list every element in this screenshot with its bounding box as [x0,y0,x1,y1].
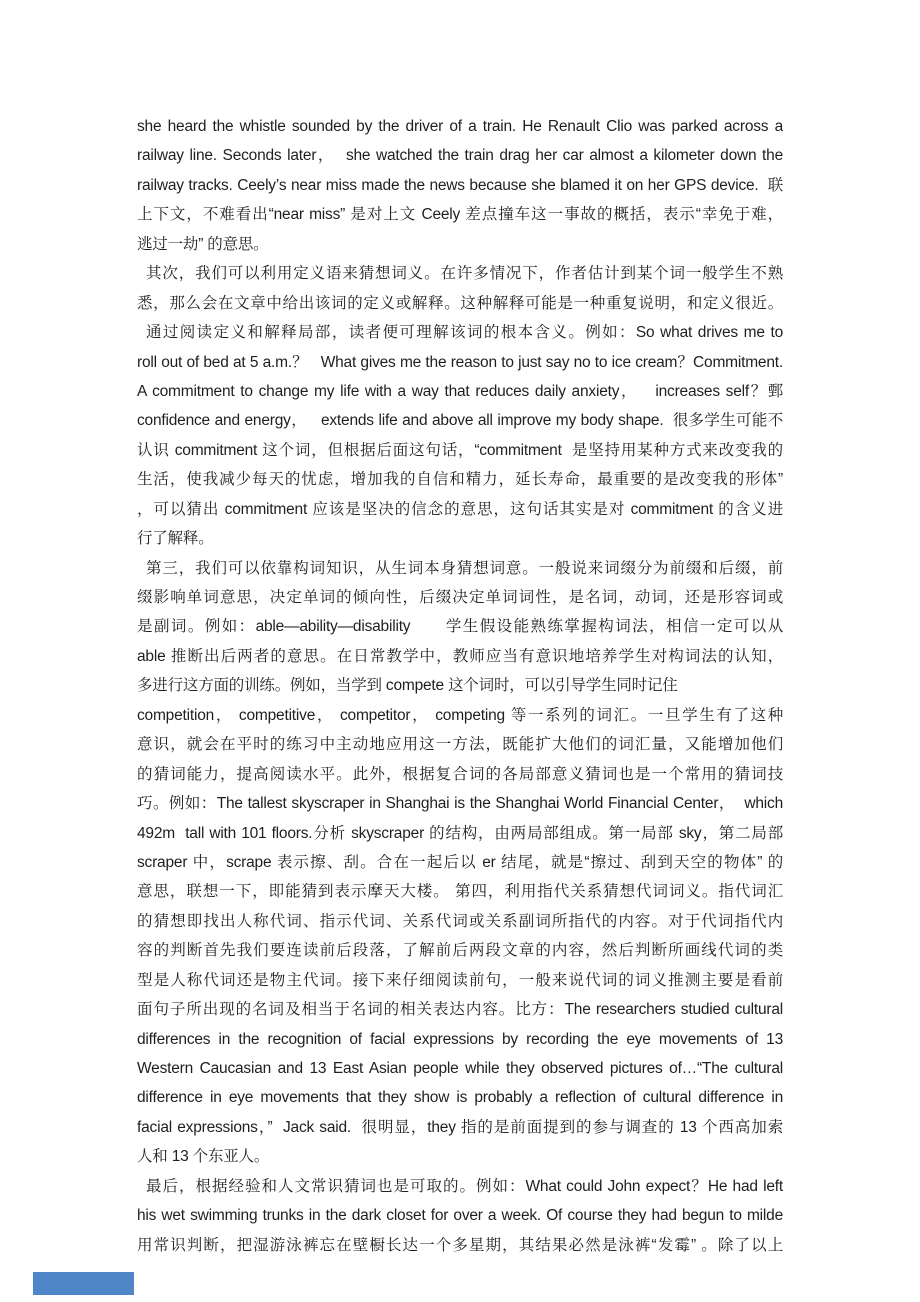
text-line: 意识，就会在平时的练习中主动地应用这一方法，既能扩大他们的词汇量，又能增加他们 [137,730,783,759]
text-line: 是副词。例如：able—ability—disability 学生假设能熟练掌握… [137,612,783,641]
text-line: 人和 13 个东亚人。 [137,1142,783,1171]
paragraph: 其次，我们可以利用定义语来猜想词义。在许多情况下，作者估计到某个词一般学生不熟悉… [137,259,783,318]
text-line: 492m tall with 101 floors.分析 skyscraper … [137,819,783,848]
text-line: 第三，我们可以依靠构词知识，从生词本身猜想词意。一般说来词缀分为前缀和后缀，前 [137,554,783,583]
text-line: 的猜想即找出人称代词、指示代词、关系代词或关系副词所指代的内容。对于代词指代内 [137,907,783,936]
paragraph: 最后，根据经验和人文常识猜词也是可取的。例如：What could John e… [137,1172,783,1260]
text-line: scraper 中，scrape 表示擦、刮。合在一起后以 er 结尾，就是“擦… [137,848,783,877]
text-line: roll out of bed at 5 a.m.？ What gives me… [137,348,783,377]
paragraph: 第三，我们可以依靠构词知识，从生词本身猜想词意。一般说来词缀分为前缀和后缀，前缀… [137,554,783,1172]
page-loading-bar [33,1272,134,1295]
text-line: 多进行这方面的训练。例如，当学到 compete 这个词时，可以引导学生同时记住 [137,671,783,700]
text-line: 上下文，不难看出“near miss” 是对上文 Ceely 差点撞车这一事故的… [137,200,783,229]
text-line: confidence and energy， extends life and … [137,406,783,435]
text-line: able 推断出后两者的意思。在日常教学中，教师应当有意识地培养学生对构词法的认… [137,642,783,671]
text-line: ，可以猜出 commitment 应该是坚决的信念的意思，这句话其实是对 com… [137,495,783,524]
text-line: 生活，使我减少每天的忧虑，增加我的自信和精力，延长寿命，最重要的是改变我的形体” [137,465,783,494]
text-line: railway tracks. Ceely’s near miss made t… [137,171,783,200]
text-line: differences in the recognition of facial… [137,1025,783,1054]
text-line: 的猜词能力，提高阅读水平。此外，根据复合词的各局部意义猜词也是一个常用的猜词技 [137,760,783,789]
paragraph: 通过阅读定义和解释局部，读者便可理解该词的根本含义。例如：So what dri… [137,318,783,554]
text-line: 其次，我们可以利用定义语来猜想词义。在许多情况下，作者估计到某个词一般学生不熟 [137,259,783,288]
text-line: 面句子所出现的名词及相当于名词的相关表达内容。比方：The researcher… [137,995,783,1024]
text-line: she heard the whistle sounded by the dri… [137,112,783,141]
text-line: 巧。例如：The tallest skyscraper in Shanghai … [137,789,783,818]
text-line: 行了解释。 [137,524,783,553]
text-line: difference in eye movements that they sh… [137,1083,783,1112]
text-line: Western Caucasian and 13 East Asian peop… [137,1054,783,1083]
text-line: 容的判断首先我们要连读前后段落，了解前后两段文章的内容，然后判断所画线代词的类 [137,936,783,965]
text-line: 缀影响单词意思，决定单词的倾向性，后缀决定单词词性，是名词，动词，还是形容词或 [137,583,783,612]
text-line: 逃过一劫” 的意思。 [137,230,783,259]
text-line: 用常识判断，把湿游泳裤忘在壁橱长达一个多星期，其结果必然是泳裤“发霉” 。除了以… [137,1231,783,1260]
text-line: facial expressions，” Jack said. 很明显，they… [137,1113,783,1142]
text-line: railway line. Seconds later， she watched… [137,141,783,170]
text-line: 通过阅读定义和解释局部，读者便可理解该词的根本含义。例如：So what dri… [137,318,783,347]
text-line: competition， competitive， competitor， co… [137,701,783,730]
text-line: 型是人称代词还是物主代词。接下来仔细阅读前句，一般来说代词的词义推测主要是看前 [137,966,783,995]
text-line: 悉，那么会在文章中给出该词的定义或解释。这种解释可能是一种重复说明，和定义很近。 [137,289,783,318]
text-line: 意思，联想一下，即能猜到表示摩天大楼。 第四，利用指代关系猜想代词词义。指代词汇 [137,877,783,906]
text-line: A commitment to change my life with a wa… [137,377,783,406]
document-page: she heard the whistle sounded by the dri… [0,0,920,1302]
paragraph: she heard the whistle sounded by the dri… [137,112,783,259]
text-line: 认识 commitment 这个词，但根据后面这句话，“commitment 是… [137,436,783,465]
text-line: 最后，根据经验和人文常识猜词也是可取的。例如：What could John e… [137,1172,783,1201]
text-line: his wet swimming trunks in the dark clos… [137,1201,783,1230]
document-text-block: she heard the whistle sounded by the dri… [137,112,783,1260]
